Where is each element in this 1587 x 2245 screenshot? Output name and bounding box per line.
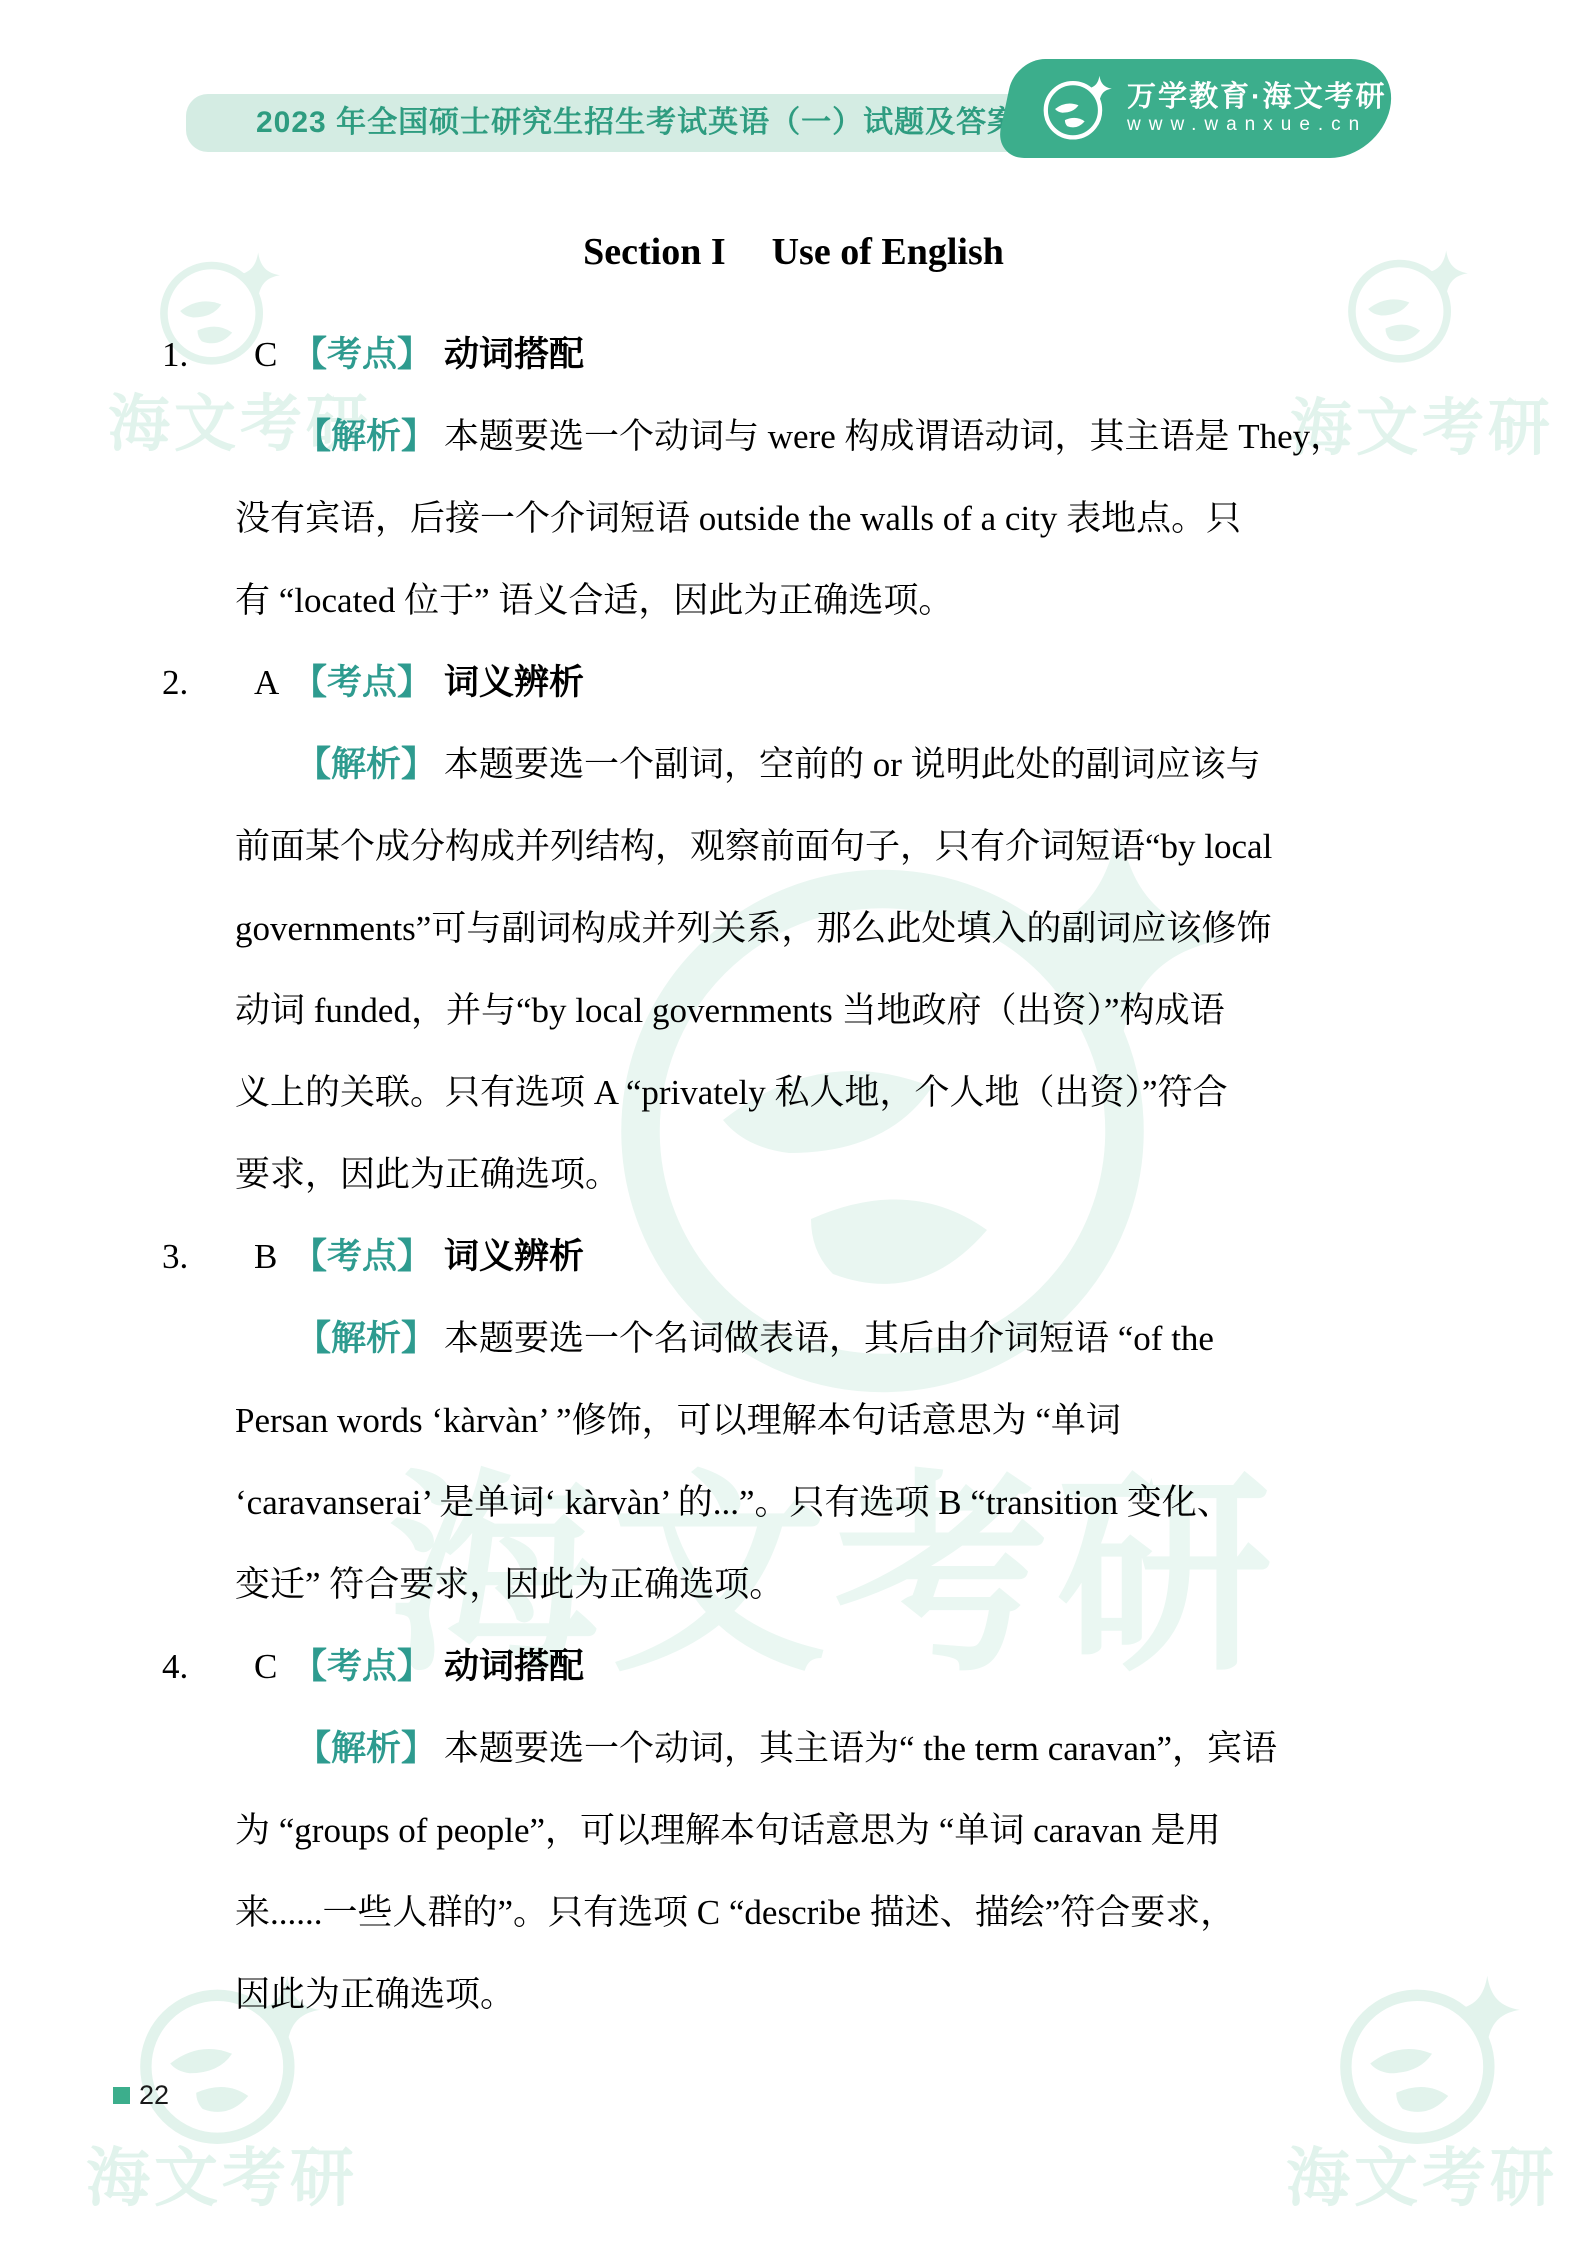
- analysis-line: 没有宾语，后接一个介词短语 outside the walls of a cit…: [162, 478, 1462, 560]
- analysis-line: 【解析】本题要选一个动词，其主语为“ the term caravan”，宾语: [162, 1708, 1462, 1790]
- watermark-text: 海文考研: [1286, 2146, 1558, 2210]
- analysis-text: 本题要选一个名词做表语，其后由介词短语 “of the: [444, 1319, 1214, 1358]
- watermark-text: 海文考研: [86, 2146, 358, 2210]
- item-header: 2.A【考点】词义辨析: [162, 642, 1462, 724]
- document-page: 海文考研 海文考研 海文考研 海文考研 海文考研 2023 年全国硕士研究生招生…: [0, 0, 1587, 2245]
- point-topic: 词义辨析: [444, 663, 584, 702]
- analysis-line: 因此为正确选项。: [162, 1954, 1462, 2036]
- analysis-line: 为 “groups of people”，可以理解本句话意思为 “单词 cara…: [162, 1790, 1462, 1872]
- answers-body: 1.C【考点】动词搭配 【解析】本题要选一个动词与 were 构成谓语动词，其主…: [162, 314, 1462, 2036]
- analysis-line: 来......一些人群的”。只有选项 C “describe 描述、描绘”符合要…: [162, 1872, 1462, 1954]
- section-title: Section IUse of English: [0, 230, 1587, 274]
- brand-banner-inner: 万学教育·海文考研 www.wanxue.cn: [1005, 59, 1390, 158]
- page-number: 22: [139, 2082, 169, 2109]
- point-topic: 词义辨析: [444, 1237, 584, 1276]
- question-item-4: 4.C【考点】动词搭配 【解析】本题要选一个动词，其主语为“ the term …: [162, 1626, 1462, 2036]
- item-number: 3.: [162, 1216, 254, 1298]
- analysis-line: governments”可与副词构成并列关系，那么此处填入的副词应该修饰: [162, 888, 1462, 970]
- section-title-left: Section I: [583, 231, 726, 273]
- question-item-3: 3.B【考点】词义辨析 【解析】本题要选一个名词做表语，其后由介词短语 “of …: [162, 1216, 1462, 1626]
- item-number: 2.: [162, 642, 254, 724]
- page-number-square: [113, 2087, 130, 2104]
- analysis-line: ‘caravanserai’ 是单词‘ kàrvàn’ 的...”。只有选项 B…: [162, 1462, 1462, 1544]
- item-number: 4.: [162, 1626, 254, 1708]
- document-header-title: 2023 年全国硕士研究生招生考试英语（一）试题及答案: [186, 94, 1030, 152]
- answer-letter: C: [254, 1626, 292, 1708]
- analysis-tag: 【解析】: [296, 417, 436, 456]
- analysis-line: 【解析】本题要选一个名词做表语，其后由介词短语 “of the: [162, 1298, 1462, 1380]
- question-item-1: 1.C【考点】动词搭配 【解析】本题要选一个动词与 were 构成谓语动词，其主…: [162, 314, 1462, 642]
- page-number-block: 22: [113, 2082, 169, 2109]
- point-tag: 【考点】: [292, 335, 432, 374]
- analysis-line: 义上的关联。只有选项 A “privately 私人地，个人地（出资）”符合: [162, 1052, 1462, 1134]
- answer-letter: B: [254, 1216, 292, 1298]
- analysis-line: 变迁” 符合要求，因此为正确选项。: [162, 1544, 1462, 1626]
- point-tag: 【考点】: [292, 1647, 432, 1686]
- brand-banner: 万学教育·海文考研 www.wanxue.cn: [994, 59, 1400, 158]
- document-header-box: 2023 年全国硕士研究生招生考试英语（一）试题及答案: [186, 94, 1030, 152]
- brand-logo-icon: [1039, 72, 1113, 146]
- answer-letter: C: [254, 314, 292, 396]
- item-number: 1.: [162, 314, 254, 396]
- analysis-text: 本题要选一个动词与 were 构成谓语动词，其主语是 They，: [444, 417, 1345, 456]
- brand-text-block: 万学教育·海文考研 www.wanxue.cn: [1127, 81, 1387, 135]
- analysis-line: 要求，因此为正确选项。: [162, 1134, 1462, 1216]
- brand-name: 万学教育·海文考研: [1127, 81, 1387, 114]
- section-title-right: Use of English: [772, 231, 1004, 273]
- point-topic: 动词搭配: [444, 335, 584, 374]
- analysis-tag: 【解析】: [296, 745, 436, 784]
- answer-letter: A: [254, 642, 292, 724]
- item-header: 4.C【考点】动词搭配: [162, 1626, 1462, 1708]
- item-header: 3.B【考点】词义辨析: [162, 1216, 1462, 1298]
- brand-url: www.wanxue.cn: [1127, 115, 1387, 136]
- analysis-line: 【解析】本题要选一个动词与 were 构成谓语动词，其主语是 They，: [162, 396, 1462, 478]
- analysis-text: 本题要选一个副词，空前的 or 说明此处的副词应该与: [444, 745, 1261, 784]
- point-topic: 动词搭配: [444, 1647, 584, 1686]
- analysis-tag: 【解析】: [296, 1729, 436, 1768]
- question-item-2: 2.A【考点】词义辨析 【解析】本题要选一个副词，空前的 or 说明此处的副词应…: [162, 642, 1462, 1216]
- analysis-line: 前面某个成分构成并列结构，观察前面句子，只有介词短语“by local: [162, 806, 1462, 888]
- analysis-line: Persan words ‘kàrvàn’ ”修饰，可以理解本句话意思为 “单词: [162, 1380, 1462, 1462]
- analysis-text: 本题要选一个动词，其主语为“ the term caravan”，宾语: [444, 1729, 1277, 1768]
- analysis-tag: 【解析】: [296, 1319, 436, 1358]
- point-tag: 【考点】: [292, 663, 432, 702]
- analysis-line: 动词 funded，并与“by local governments 当地政府（出…: [162, 970, 1462, 1052]
- point-tag: 【考点】: [292, 1237, 432, 1276]
- analysis-line: 【解析】本题要选一个副词，空前的 or 说明此处的副词应该与: [162, 724, 1462, 806]
- analysis-line: 有 “located 位于” 语义合适，因此为正确选项。: [162, 560, 1462, 642]
- item-header: 1.C【考点】动词搭配: [162, 314, 1462, 396]
